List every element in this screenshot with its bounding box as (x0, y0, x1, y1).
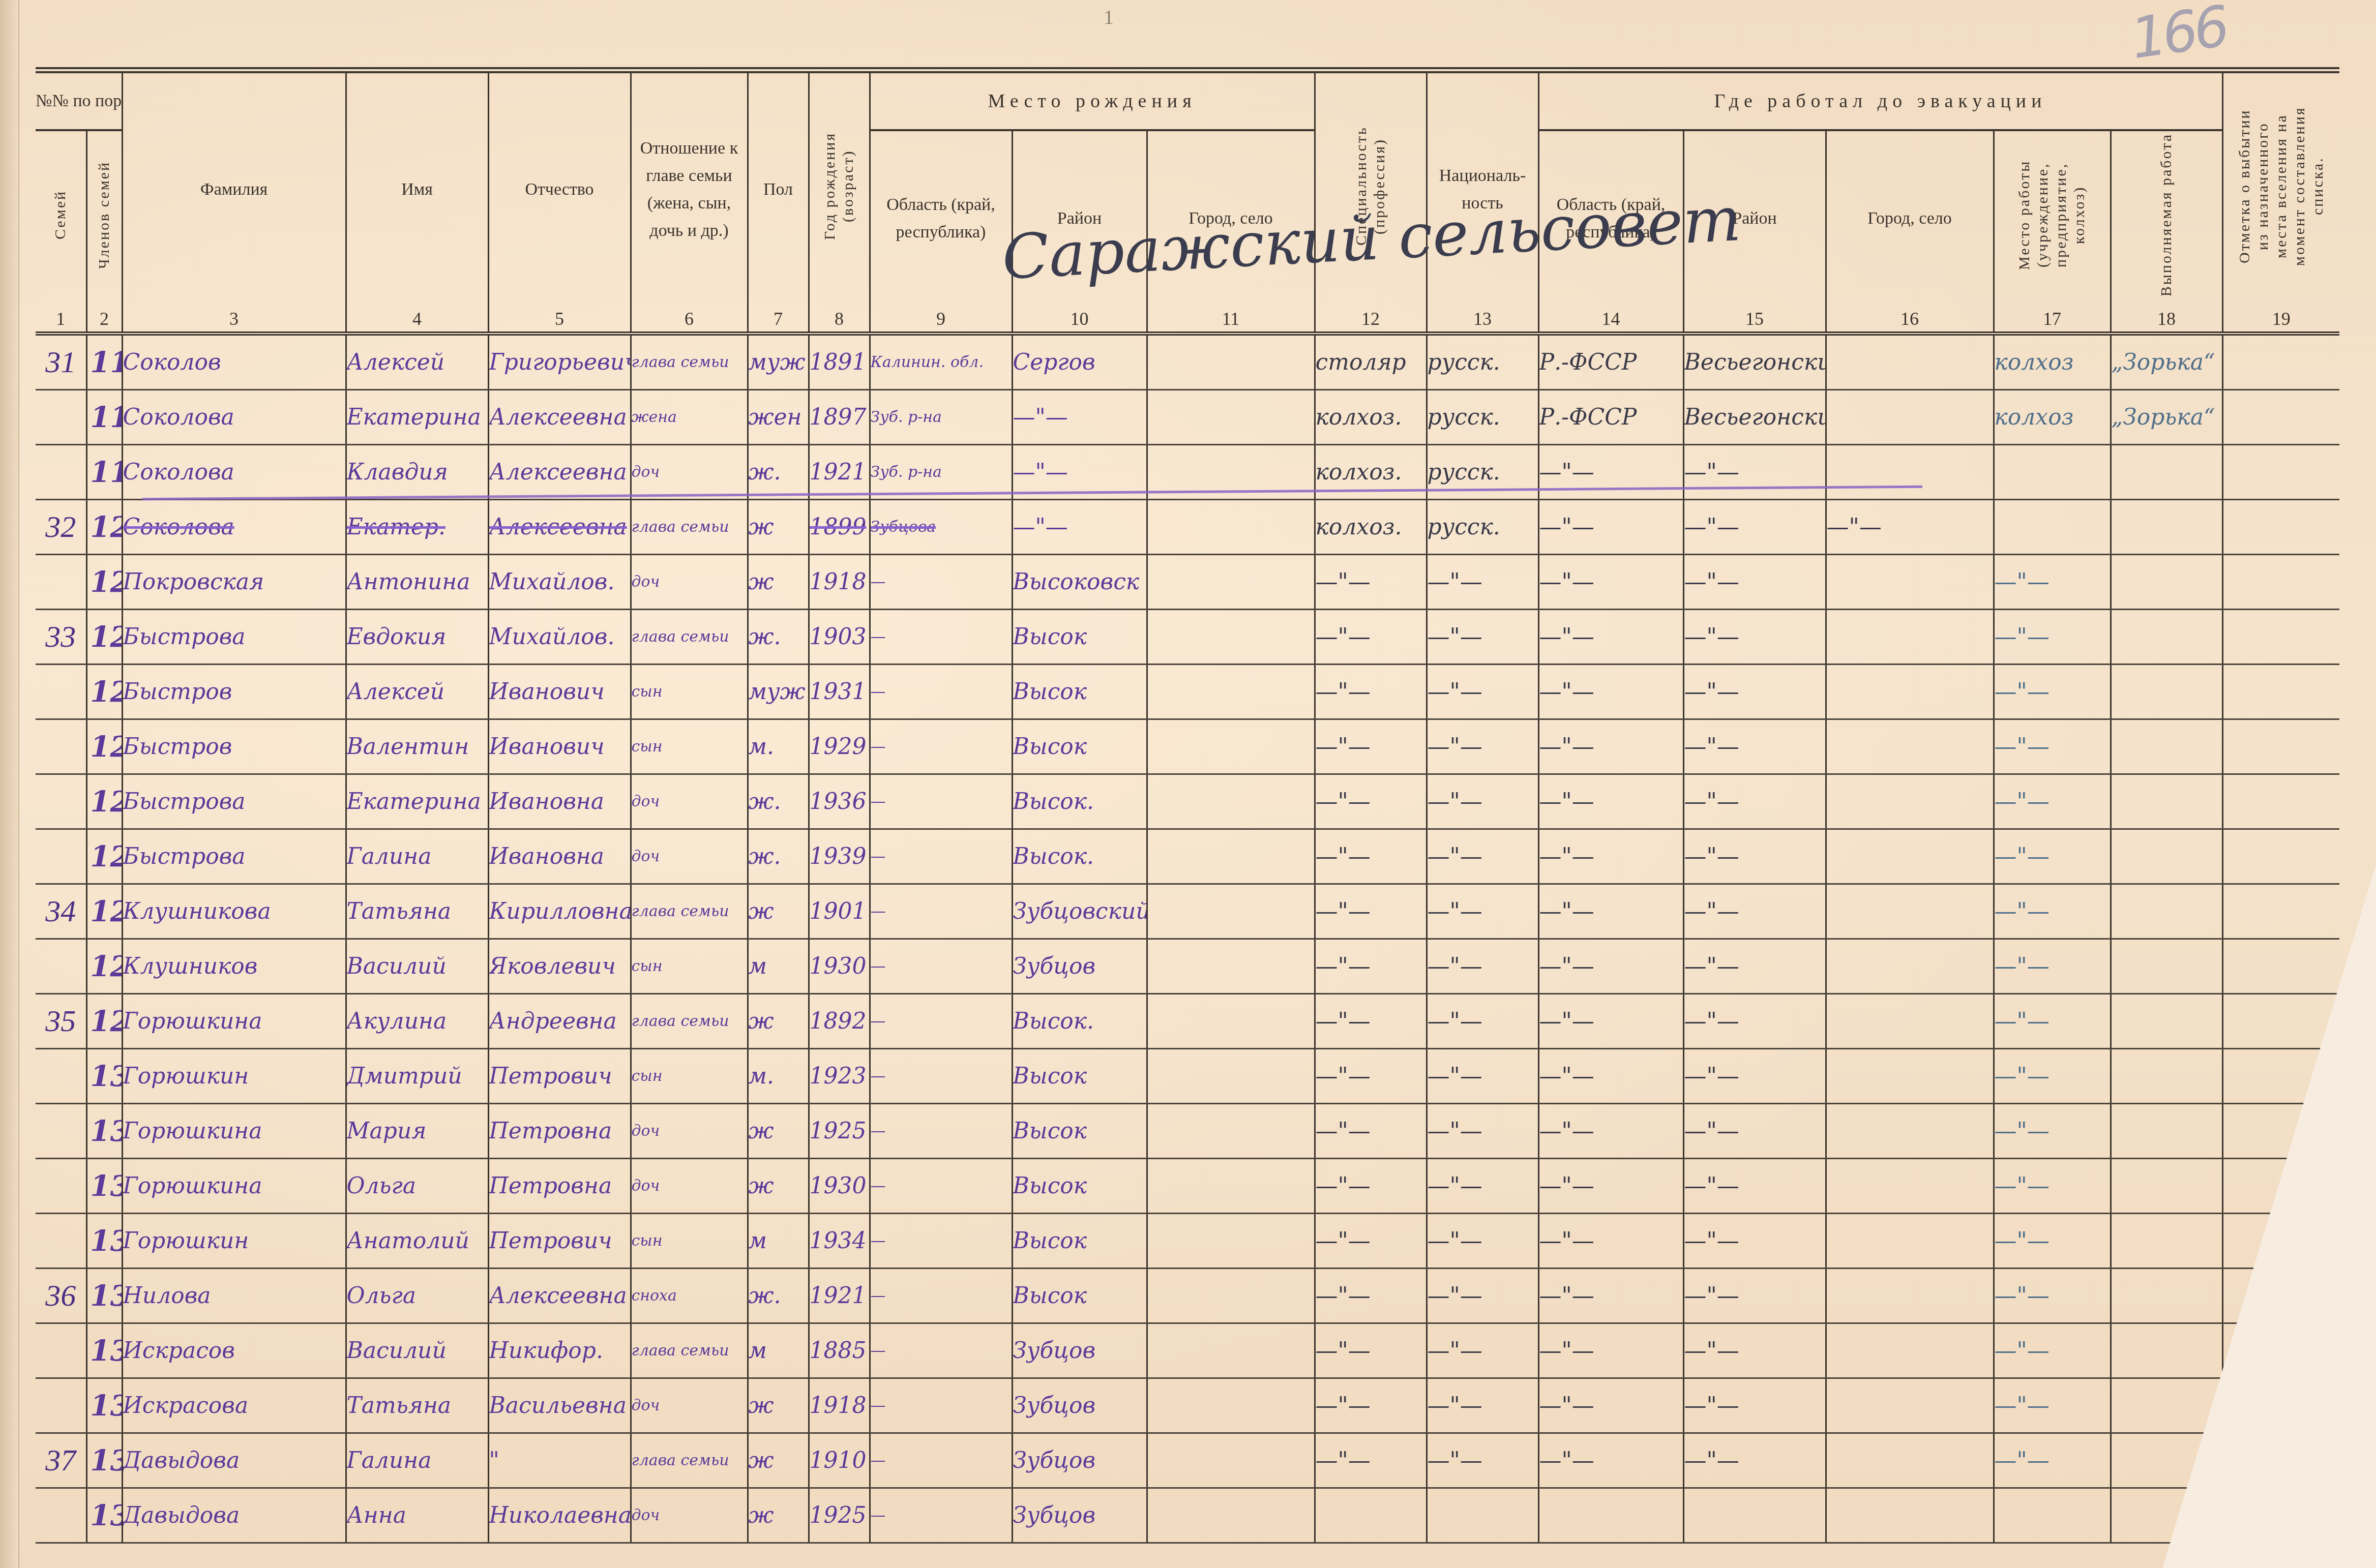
birth-region-cell: — (870, 665, 1012, 719)
col-num: 18 (2111, 306, 2222, 334)
nationality-cell: русск. (1427, 500, 1538, 555)
profession-cell: —"— (1315, 1269, 1427, 1323)
workplace-cell: —"— (1994, 1214, 2111, 1269)
nationality-cell: —"— (1427, 1378, 1538, 1433)
member-number: 124 (86, 719, 122, 774)
patronymic-cell: Петровна (488, 1159, 631, 1214)
birth-year-cell: 1901 (809, 884, 870, 939)
family-number (36, 1159, 86, 1214)
col-num: 12 (1315, 306, 1427, 334)
work-district-cell: —"— (1683, 500, 1826, 555)
surname-cell: Искрасов (122, 1323, 346, 1378)
name-cell: Галина (346, 1433, 488, 1488)
workplace-cell (1994, 1488, 2111, 1543)
name-cell: Антонина (346, 555, 488, 610)
birth-year-cell: 1903 (809, 610, 870, 665)
work-city-cell (1826, 665, 1994, 719)
birth-region-cell: — (870, 884, 1012, 939)
profession-cell: —"— (1315, 829, 1427, 884)
birth-year-cell: 1892 (809, 994, 870, 1049)
surname-cell: Соколова (122, 390, 346, 445)
workplace-cell: —"— (1994, 939, 2111, 994)
note-cell (2222, 334, 2339, 390)
work-district-cell: —"— (1683, 1378, 1826, 1433)
family-number (36, 774, 86, 829)
name-cell: Евдокия (346, 610, 488, 665)
family-number (36, 1214, 86, 1269)
work-region-cell: —"— (1538, 719, 1683, 774)
relation-cell: доч (631, 1378, 748, 1433)
birth-year-cell: 1930 (809, 939, 870, 994)
profession-cell: —"— (1315, 1214, 1427, 1269)
sex-cell: ж. (748, 774, 809, 829)
work-district-cell: —"— (1683, 610, 1826, 665)
workplace-cell: —"— (1994, 1323, 2111, 1378)
birth-year-cell: 1921 (809, 1269, 870, 1323)
birth-city-cell (1147, 1049, 1315, 1104)
birth-region-cell: — (870, 774, 1012, 829)
work-district-cell: —"— (1683, 829, 1826, 884)
patronymic-cell: Алексеевна (488, 390, 631, 445)
relation-cell: сын (631, 665, 748, 719)
work-region-cell: —"— (1538, 445, 1683, 500)
sex-cell: ж (748, 1159, 809, 1214)
profession-cell: —"— (1315, 994, 1427, 1049)
patronymic-cell: Михайлов. (488, 610, 631, 665)
birth-year-cell: 1921 (809, 445, 870, 500)
work-city-cell (1826, 994, 1994, 1049)
birth-region-cell: — (870, 1049, 1012, 1104)
table-row: 125БыстроваЕкатеринаИвановнадочж.1936—Вы… (36, 774, 2339, 829)
col-num: 2 (86, 306, 122, 334)
birth-year-cell: 1923 (809, 1049, 870, 1104)
work-city-cell (1826, 939, 1994, 994)
birth-region-cell: — (870, 1269, 1012, 1323)
job-cell: „Зорька“ (2111, 390, 2222, 445)
name-cell: Василий (346, 1323, 488, 1378)
table-row: 126БыстроваГалинаИвановнадочж.1939—Высок… (36, 829, 2339, 884)
header-surname: Фамилия (122, 70, 346, 306)
birth-region-cell: — (870, 1214, 1012, 1269)
relation-cell: доч (631, 555, 748, 610)
member-number: 135 (86, 1323, 122, 1378)
patronymic-cell: Никифор. (488, 1323, 631, 1378)
relation-cell: жена (631, 390, 748, 445)
sex-cell: ж (748, 994, 809, 1049)
work-region-cell: —"— (1538, 610, 1683, 665)
nationality-cell: —"— (1427, 884, 1538, 939)
note-cell (2222, 610, 2339, 665)
birth-district-cell: Зубцов (1012, 1488, 1147, 1543)
work-region-cell: Р.-ФССР (1538, 390, 1683, 445)
profession-cell: столяр (1315, 334, 1427, 390)
workplace-cell: —"— (1994, 1269, 2111, 1323)
table-row: 123БыстровАлексейИвановичсынмуж1931—Высо… (36, 665, 2339, 719)
birth-city-cell (1147, 1214, 1315, 1269)
relation-cell: глава семьи (631, 610, 748, 665)
work-city-cell (1826, 719, 1994, 774)
birth-region-cell: — (870, 1323, 1012, 1378)
birth-city-cell (1147, 555, 1315, 610)
name-cell: Галина (346, 829, 488, 884)
folded-corner (2162, 864, 2376, 1568)
birth-year-cell: 1910 (809, 1433, 870, 1488)
birth-city-cell (1147, 1378, 1315, 1433)
register-body: 31117СоколовАлексейГригорьевичглава семь… (36, 334, 2339, 1543)
name-cell: Татьяна (346, 884, 488, 939)
work-city-cell (1826, 1214, 1994, 1269)
family-number: 32 (36, 500, 86, 555)
birth-city-cell (1147, 994, 1315, 1049)
member-number: 134 (86, 1269, 122, 1323)
member-number: 132 (86, 1159, 122, 1214)
nationality-cell: —"— (1427, 719, 1538, 774)
birth-city-cell (1147, 1433, 1315, 1488)
work-region-cell: —"— (1538, 939, 1683, 994)
sex-cell: муж (748, 334, 809, 390)
surname-cell: Искрасова (122, 1378, 346, 1433)
work-district-cell: Весьегонский (1683, 334, 1826, 390)
sex-cell: муж (748, 665, 809, 719)
col-num: 17 (1994, 306, 2111, 334)
member-number: 130 (86, 1049, 122, 1104)
birth-city-cell (1147, 1323, 1315, 1378)
birth-district-cell: Высок (1012, 610, 1147, 665)
profession-cell: —"— (1315, 1323, 1427, 1378)
birth-region-cell: — (870, 1488, 1012, 1543)
job-cell (2111, 445, 2222, 500)
work-district-cell: —"— (1683, 719, 1826, 774)
work-district-cell: —"— (1683, 884, 1826, 939)
birth-city-cell (1147, 884, 1315, 939)
work-region-cell: —"— (1538, 1104, 1683, 1159)
birth-city-cell (1147, 1488, 1315, 1543)
birth-district-cell: Высок. (1012, 994, 1147, 1049)
sex-cell: ж. (748, 1269, 809, 1323)
surname-cell: Давыдова (122, 1488, 346, 1543)
birth-city-cell (1147, 719, 1315, 774)
relation-cell: доч (631, 1104, 748, 1159)
birth-year-cell: 1930 (809, 1159, 870, 1214)
work-district-cell (1683, 1488, 1826, 1543)
birth-region-cell: Зуб. р-на (870, 445, 1012, 500)
member-number: 133 (86, 1214, 122, 1269)
birth-district-cell: Высок (1012, 1049, 1147, 1104)
job-cell (2111, 500, 2222, 555)
col-num: 7 (748, 306, 809, 334)
relation-cell: глава семьи (631, 1323, 748, 1378)
job-cell (2111, 555, 2222, 610)
family-number (36, 829, 86, 884)
work-district-cell: —"— (1683, 774, 1826, 829)
header-relation: Отношение к главе семьи (жена, сын, дочь… (631, 70, 748, 306)
table-row: 118СоколоваЕкатеринаАлексеевнаженажен189… (36, 390, 2339, 445)
family-number: 37 (36, 1433, 86, 1488)
profession-cell: —"— (1315, 610, 1427, 665)
nationality-cell: —"— (1427, 610, 1538, 665)
table-row: 37137ДавыдоваГалина"глава семьиж1910—Зуб… (36, 1433, 2339, 1488)
birth-district-cell: Высок (1012, 1159, 1147, 1214)
table-row: 133ГорюшкинАнатолийПетровичсынм1934—Высо… (36, 1214, 2339, 1269)
table-row: 131ГорюшкинаМарияПетровнадочж1925—Высок—… (36, 1104, 2339, 1159)
birth-city-cell (1147, 334, 1315, 390)
surname-cell: Нилова (122, 1269, 346, 1323)
work-city-cell (1826, 1049, 1994, 1104)
nationality-cell: русск. (1427, 334, 1538, 390)
work-city-cell (1826, 555, 1994, 610)
work-region-cell: —"— (1538, 1214, 1683, 1269)
patronymic-cell: Алексеевна (488, 500, 631, 555)
sex-cell: ж (748, 500, 809, 555)
header-birthplace-group: Место рождения (870, 70, 1315, 130)
birth-year-cell: 1918 (809, 1378, 870, 1433)
table-row: 130ГорюшкинДмитрийПетровичсынм.1923—Высо… (36, 1049, 2339, 1104)
table-row: 135ИскрасовВасилийНикифор.глава семьим18… (36, 1323, 2339, 1378)
profession-cell: —"— (1315, 1433, 1427, 1488)
workplace-cell: —"— (1994, 610, 2111, 665)
header-birth-year: Год рождения (возраст) (809, 70, 870, 306)
birth-year-cell: 1939 (809, 829, 870, 884)
header-sex: Пол (748, 70, 809, 306)
member-number: 125 (86, 774, 122, 829)
surname-cell: Соколов (122, 334, 346, 390)
birth-district-cell: Зубцов (1012, 1433, 1147, 1488)
table-row: 124БыстровВалентинИвановичсынм.1929—Высо… (36, 719, 2339, 774)
header-job: Выполняемая работа (2111, 130, 2222, 306)
birth-city-cell (1147, 1104, 1315, 1159)
header-workplace: Место работы (учреждение, предприятие, к… (1994, 130, 2111, 306)
profession-cell (1315, 1488, 1427, 1543)
note-cell (2222, 719, 2339, 774)
patronymic-cell: Васильевна (488, 1378, 631, 1433)
name-cell: Ольга (346, 1159, 488, 1214)
nationality-cell (1427, 1488, 1538, 1543)
birth-city-cell (1147, 829, 1315, 884)
sex-cell: м (748, 1323, 809, 1378)
name-cell: Анна (346, 1488, 488, 1543)
table-row: 121ПокровскаяАнтонинаМихайлов.дочж1918—В… (36, 555, 2339, 610)
evacuee-register-table: №№ по порядку Фамилия Имя Отчество Отнош… (36, 67, 2339, 1544)
workplace-cell: —"— (1994, 994, 2111, 1049)
birth-region-cell: Зубцова (870, 500, 1012, 555)
note-cell (2222, 390, 2339, 445)
work-region-cell: —"— (1538, 994, 1683, 1049)
work-region-cell (1538, 1488, 1683, 1543)
birth-year-cell: 1899 (809, 500, 870, 555)
birth-district-cell: Высок (1012, 665, 1147, 719)
workplace-cell: —"— (1994, 1159, 2111, 1214)
birth-district-cell: Высок. (1012, 829, 1147, 884)
nationality-cell: —"— (1427, 1323, 1538, 1378)
family-number (36, 1104, 86, 1159)
name-cell: Мария (346, 1104, 488, 1159)
work-district-cell: —"— (1683, 1214, 1826, 1269)
header-members: Членов семей (86, 130, 122, 306)
birth-region-cell: — (870, 610, 1012, 665)
patronymic-cell: Кирилловна (488, 884, 631, 939)
profession-cell: —"— (1315, 1104, 1427, 1159)
surname-cell: Соколова (122, 445, 346, 500)
header-birth-region: Область (край, республика) (870, 130, 1012, 306)
work-city-cell (1826, 1323, 1994, 1378)
work-region-cell: —"— (1538, 1159, 1683, 1214)
member-number: 128 (86, 939, 122, 994)
family-number (36, 939, 86, 994)
member-number: 120 (86, 500, 122, 555)
birth-city-cell (1147, 1159, 1315, 1214)
member-number: 126 (86, 829, 122, 884)
birth-year-cell: 1934 (809, 1214, 870, 1269)
work-city-cell: —"— (1826, 500, 1994, 555)
table-row: 34127КлушниковаТатьянаКирилловнаглава се… (36, 884, 2339, 939)
nationality-cell: —"— (1427, 665, 1538, 719)
profession-cell: колхоз. (1315, 390, 1427, 445)
relation-cell: глава семьи (631, 1433, 748, 1488)
col-num: 6 (631, 306, 748, 334)
work-city-cell (1826, 1269, 1994, 1323)
birth-region-cell: — (870, 1104, 1012, 1159)
birth-district-cell: —"— (1012, 390, 1147, 445)
patronymic-cell: Андреевна (488, 994, 631, 1049)
sex-cell: м (748, 1214, 809, 1269)
work-district-cell: —"— (1683, 1433, 1826, 1488)
workplace-cell: —"— (1994, 665, 2111, 719)
sex-cell: ж (748, 884, 809, 939)
name-cell: Дмитрий (346, 1049, 488, 1104)
surname-cell: Быстрова (122, 610, 346, 665)
header-departure-note: Отметка о выбытии из назначенного места … (2222, 70, 2339, 306)
work-district-cell: —"— (1683, 939, 1826, 994)
sex-cell: ж. (748, 829, 809, 884)
job-cell (2111, 665, 2222, 719)
workplace-cell: —"— (1994, 829, 2111, 884)
birth-district-cell: Зубцов (1012, 939, 1147, 994)
note-cell (2222, 774, 2339, 829)
member-number: 131 (86, 1104, 122, 1159)
surname-cell: Горюшкин (122, 1214, 346, 1269)
birth-district-cell: Высок. (1012, 774, 1147, 829)
table-row: 132ГорюшкинаОльгаПетровнадочж1930—Высок—… (36, 1159, 2339, 1214)
family-number: 35 (36, 994, 86, 1049)
patronymic-cell: Ивановна (488, 774, 631, 829)
relation-cell: доч (631, 1159, 748, 1214)
work-city-cell (1826, 334, 1994, 390)
profession-cell: —"— (1315, 1159, 1427, 1214)
member-number: 121 (86, 555, 122, 610)
nationality-cell: —"— (1427, 994, 1538, 1049)
table-row: 35129ГорюшкинаАкулинаАндреевнаглава семь… (36, 994, 2339, 1049)
member-number: 138 (86, 1488, 122, 1543)
table-row: 33122БыстроваЕвдокияМихайлов.глава семьи… (36, 610, 2339, 665)
relation-cell: доч (631, 774, 748, 829)
profession-cell: —"— (1315, 1378, 1427, 1433)
work-region-cell: —"— (1538, 1378, 1683, 1433)
col-num: 16 (1826, 306, 1994, 334)
header-work-group: Где работал до эвакуации (1538, 70, 2222, 130)
nationality-cell: —"— (1427, 1269, 1538, 1323)
work-district-cell: Весьегонский (1683, 390, 1826, 445)
workplace-cell: —"— (1994, 555, 2111, 610)
workplace-cell (1994, 445, 2111, 500)
work-district-cell: —"— (1683, 1104, 1826, 1159)
family-number (36, 390, 86, 445)
work-region-cell: —"— (1538, 665, 1683, 719)
member-number: 123 (86, 665, 122, 719)
nationality-cell: —"— (1427, 1214, 1538, 1269)
birth-year-cell: 1918 (809, 555, 870, 610)
birth-region-cell: — (870, 719, 1012, 774)
birth-region-cell: — (870, 829, 1012, 884)
name-cell: Анатолий (346, 1214, 488, 1269)
col-num: 8 (809, 306, 870, 334)
work-region-cell: —"— (1538, 1433, 1683, 1488)
patronymic-cell: " (488, 1433, 631, 1488)
surname-cell: Клушникова (122, 884, 346, 939)
surname-cell: Горюшкина (122, 994, 346, 1049)
table-row: 128КлушниковВасилийЯковлевичсынм1930—Зуб… (36, 939, 2339, 994)
sex-cell: ж (748, 555, 809, 610)
work-city-cell (1826, 445, 1994, 500)
work-district-cell: —"— (1683, 665, 1826, 719)
work-district-cell: —"— (1683, 1159, 1826, 1214)
family-number: 36 (36, 1269, 86, 1323)
relation-cell: сын (631, 1214, 748, 1269)
birth-district-cell: Зубцов (1012, 1323, 1147, 1378)
relation-cell: сын (631, 719, 748, 774)
top-mark: 1 (1104, 5, 1114, 29)
birth-region-cell: — (870, 1433, 1012, 1488)
table-row: 138ДавыдоваАннаНиколаевнадочж1925—Зубцов (36, 1488, 2339, 1543)
name-cell: Валентин (346, 719, 488, 774)
header-seq-group: №№ по порядку (36, 70, 122, 130)
surname-cell: Быстрова (122, 774, 346, 829)
surname-cell: Горюшкина (122, 1104, 346, 1159)
birth-year-cell: 1891 (809, 334, 870, 390)
surname-cell: Быстров (122, 719, 346, 774)
work-district-cell: —"— (1683, 1323, 1826, 1378)
member-number: 122 (86, 610, 122, 665)
work-city-cell (1826, 774, 1994, 829)
work-region-cell: Р.-ФССР (1538, 334, 1683, 390)
work-region-cell: —"— (1538, 555, 1683, 610)
birth-district-cell: Зубцовский (1012, 884, 1147, 939)
member-number: 129 (86, 994, 122, 1049)
work-city-cell (1826, 1104, 1994, 1159)
surname-cell: Давыдова (122, 1433, 346, 1488)
note-cell (2222, 500, 2339, 555)
job-cell: „Зорька“ (2111, 334, 2222, 390)
profession-cell: —"— (1315, 939, 1427, 994)
name-cell: Василий (346, 939, 488, 994)
nationality-cell: —"— (1427, 555, 1538, 610)
birth-city-cell (1147, 665, 1315, 719)
family-number (36, 1378, 86, 1433)
member-number: 119 (86, 445, 122, 500)
workplace-cell: —"— (1994, 1104, 2111, 1159)
relation-cell: сын (631, 939, 748, 994)
header-families: Семей (36, 130, 86, 306)
birth-district-cell: Высок (1012, 719, 1147, 774)
work-city-cell (1826, 1159, 1994, 1214)
table-row: 32120СоколоваЕкатер.Алексеевнаглава семь… (36, 500, 2339, 555)
member-number: 136 (86, 1378, 122, 1433)
birth-year-cell: 1929 (809, 719, 870, 774)
workplace-cell: колхоз (1994, 334, 2111, 390)
name-cell: Алексей (346, 665, 488, 719)
family-number (36, 445, 86, 500)
col-num: 19 (2222, 306, 2339, 334)
patronymic-cell: Ивановна (488, 829, 631, 884)
